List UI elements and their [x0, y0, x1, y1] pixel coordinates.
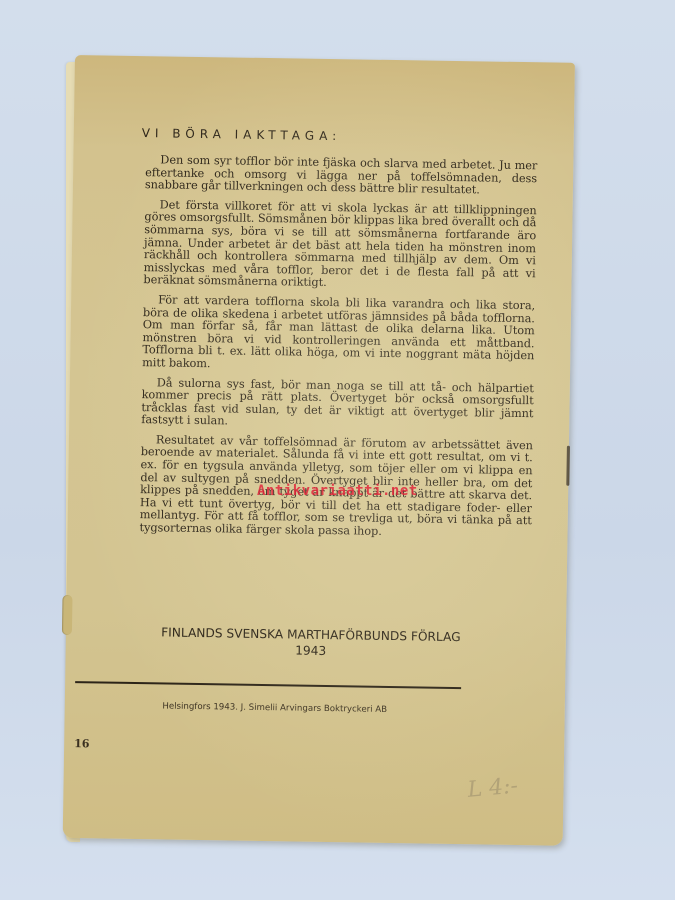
paragraph: För att vardera tofflorna skola bli lika… [142, 294, 535, 376]
paragraph: Den som syr tofflor bör inte fjäska och … [145, 154, 538, 198]
page-fold [62, 595, 73, 635]
paragraph: Då sulorna sys fast, bör man noga se til… [141, 377, 534, 434]
paragraph: Det första villkoret för att vi skola ly… [143, 199, 536, 293]
pencil-price-note: L 4:- [467, 773, 519, 802]
watermark: Antikvariaatti.net [257, 483, 418, 499]
booklet-page: VI BÖRA IAKTTAGA: Den som syr tofflor bö… [63, 55, 575, 846]
printer-imprint: Helsingfors 1943. J. Simelii Arvingars B… [85, 700, 465, 716]
section-heading: VI BÖRA IAKTTAGA: [142, 126, 538, 146]
publisher-block: FINLANDS SVENSKA MARTHAFÖRBUNDS FÖRLAG 1… [106, 624, 516, 662]
page-number: 16 [74, 737, 90, 750]
divider-rule [75, 681, 461, 689]
staple-mark [566, 446, 570, 486]
